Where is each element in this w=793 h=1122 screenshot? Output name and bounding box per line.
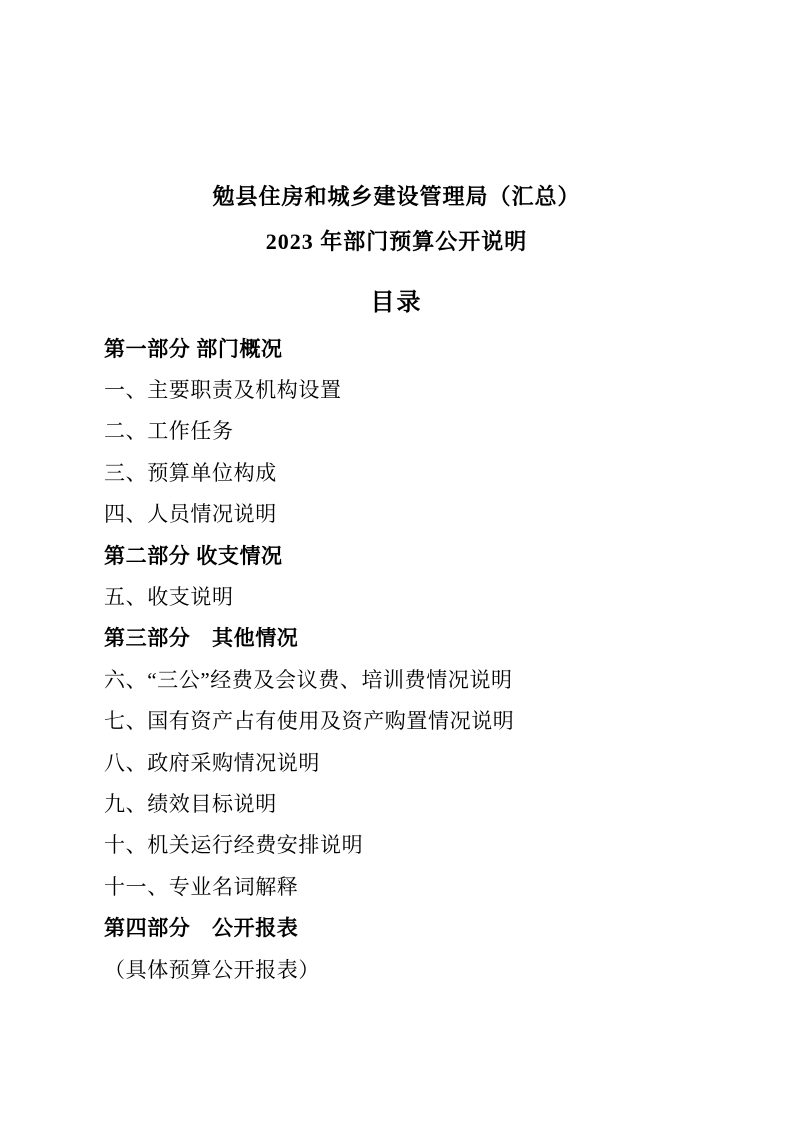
toc-part-heading-4: 第四部分 公开报表 [104, 906, 753, 947]
toc-part-heading-1: 第一部分 部门概况 [104, 327, 753, 368]
toc-item-10: 十、机关运行经费安排说明 [104, 824, 753, 865]
toc-part-heading-2: 第二部分 收支情况 [104, 534, 753, 575]
document-page: 勉县住房和城乡建设管理局（汇总） 2023 年部门预算公开说明 目录 第一部分 … [0, 0, 793, 1122]
toc-list: 第一部分 部门概况 一、主要职责及机构设置 二、工作任务 三、预算单位构成 四、… [104, 327, 753, 989]
toc-item-9: 九、绩效目标说明 [104, 782, 753, 823]
toc-item-8: 八、政府采购情况说明 [104, 741, 753, 782]
toc-note-report-tables: （具体预算公开报表） [104, 948, 753, 989]
document-title-line1: 勉县住房和城乡建设管理局（汇总） [0, 182, 793, 212]
toc-item-11: 十一、专业名词解释 [104, 865, 753, 906]
toc-item-2: 二、工作任务 [104, 410, 753, 451]
toc-part-heading-3: 第三部分 其他情况 [104, 617, 753, 658]
document-title-line2: 2023 年部门预算公开说明 [0, 227, 793, 257]
toc-item-7: 七、国有资产占有使用及资产购置情况说明 [104, 700, 753, 741]
toc-item-1: 一、主要职责及机构设置 [104, 368, 753, 409]
toc-item-4: 四、人员情况说明 [104, 493, 753, 534]
toc-heading: 目录 [0, 288, 793, 318]
toc-item-5: 五、收支说明 [104, 575, 753, 616]
toc-item-3: 三、预算单位构成 [104, 451, 753, 492]
toc-item-6: 六、“三公”经费及会议费、培训费情况说明 [104, 658, 753, 699]
